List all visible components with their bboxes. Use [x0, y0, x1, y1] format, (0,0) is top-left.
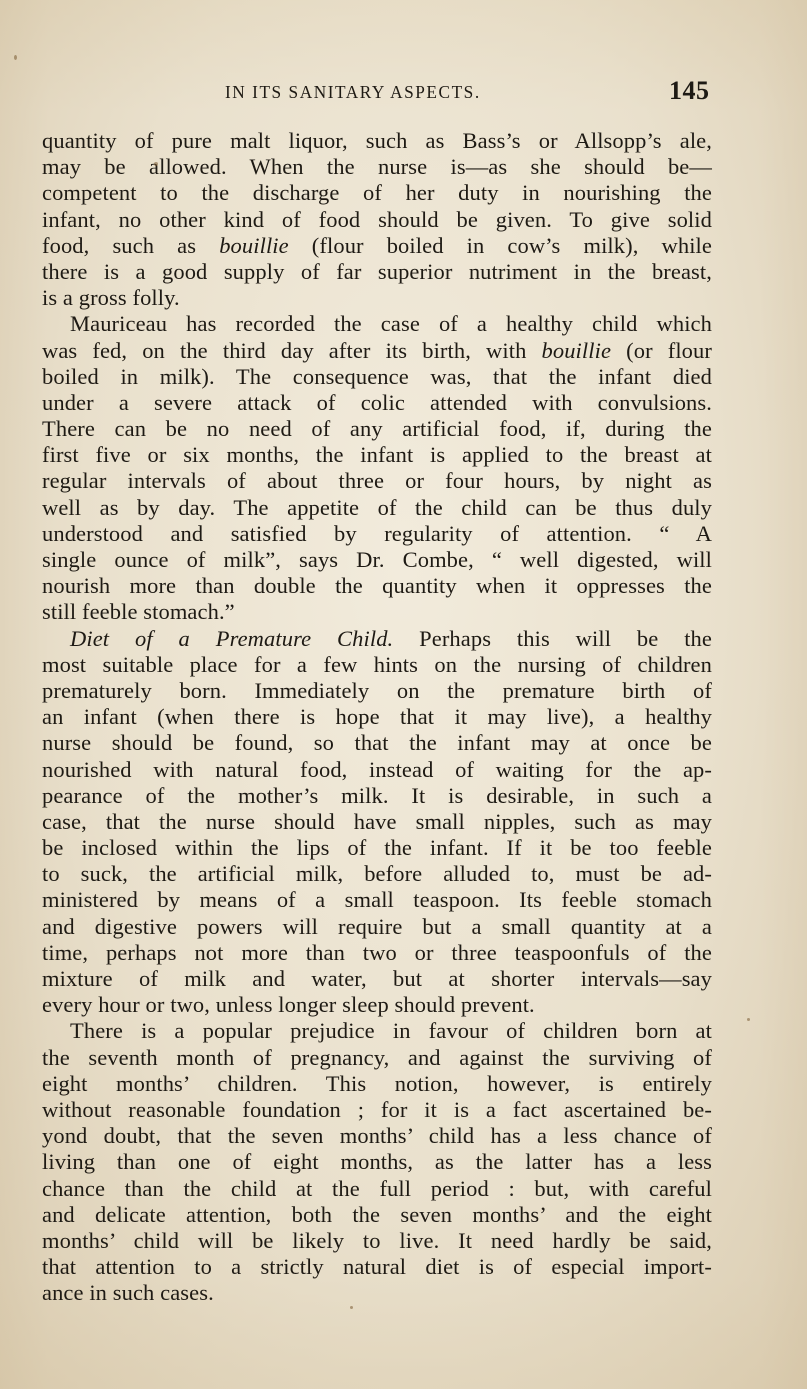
text-line: eight months’ children. This notion, how…: [42, 1071, 712, 1097]
line-text: Perhaps this will be the: [393, 626, 712, 651]
text-line: competent to the discharge of her duty i…: [42, 180, 712, 206]
line-text: may be allowed. When the nurse is—as she…: [42, 154, 712, 179]
text-line: nourished with natural food, instead of …: [42, 757, 712, 783]
text-line: food, such as bouillie (flour boiled in …: [42, 233, 712, 259]
line-text: every hour or two, unless longer sleep s…: [42, 992, 535, 1017]
text-line: and delicate attention, both the seven m…: [42, 1202, 712, 1228]
book-page: IN ITS SANITARY ASPECTS. 145 quantity of…: [0, 0, 807, 1389]
text-line: nurse should be found, so that the infan…: [42, 730, 712, 756]
text-line: There can be no need of any artificial f…: [42, 416, 712, 442]
text-line: is a gross folly.: [42, 285, 712, 311]
text-line: There is a popular prejudice in favour o…: [42, 1018, 712, 1044]
line-text: without reasonable foundation ; for it i…: [42, 1097, 712, 1122]
text-line: case, that the nurse should have small n…: [42, 809, 712, 835]
text-line: mixture of milk and water, but at shorte…: [42, 966, 712, 992]
line-text: ministered by means of a small teaspoon.…: [42, 887, 712, 912]
line-text: (or flour: [611, 338, 712, 363]
text-line: chance than the child at the full period…: [42, 1176, 712, 1202]
line-text: yond doubt, that the seven months’ child…: [42, 1123, 712, 1148]
line-text: was fed, on the third day after its birt…: [42, 338, 542, 363]
text-line: the seventh month of pregnancy, and agai…: [42, 1045, 712, 1071]
text-line: ance in such cases.: [42, 1280, 712, 1306]
text-line: ministered by means of a small teaspoon.…: [42, 887, 712, 913]
text-line: well as by day. The appetite of the chil…: [42, 495, 712, 521]
line-text: there is a good supply of far superior n…: [42, 259, 712, 284]
paper-speck: [747, 1018, 750, 1021]
text-line: there is a good supply of far superior n…: [42, 259, 712, 285]
text-line: to suck, the artificial milk, before all…: [42, 861, 712, 887]
line-text: the seventh month of pregnancy, and agai…: [42, 1045, 712, 1070]
text-line: that attention to a strictly natural die…: [42, 1254, 712, 1280]
text-line: every hour or two, unless longer sleep s…: [42, 992, 712, 1018]
line-text: (flour boiled in cow’s milk), while: [289, 233, 712, 258]
line-text: and digestive powers will require but a …: [42, 914, 712, 939]
line-text: well as by day. The appetite of the chil…: [42, 495, 712, 520]
text-line: without reasonable foundation ; for it i…: [42, 1097, 712, 1123]
line-text: infant, no other kind of food should be …: [42, 207, 712, 232]
text-line: be inclosed within the lips of the infan…: [42, 835, 712, 861]
line-text: food, such as: [42, 233, 219, 258]
text-line: time, perhaps not more than two or three…: [42, 940, 712, 966]
line-text: There can be no need of any artificial f…: [42, 416, 712, 441]
text-line: infant, no other kind of food should be …: [42, 207, 712, 233]
line-text: nourished with natural food, instead of …: [42, 757, 712, 782]
line-text: living than one of eight months, as the …: [42, 1149, 712, 1174]
text-line: pearance of the mother’s milk. It is des…: [42, 783, 712, 809]
italic-term: Diet of a Premature Child.: [70, 626, 393, 651]
line-text: case, that the nurse should have small n…: [42, 809, 712, 834]
line-text: ance in such cases.: [42, 1280, 214, 1305]
text-line: yond doubt, that the seven months’ child…: [42, 1123, 712, 1149]
text-line: living than one of eight months, as the …: [42, 1149, 712, 1175]
text-line: understood and satisfied by regularity o…: [42, 521, 712, 547]
line-text: single ounce of milk”, says Dr. Combe, “…: [42, 547, 712, 572]
italic-term: bouillie: [219, 233, 289, 258]
page-number: 145: [669, 76, 710, 106]
text-line: Diet of a Premature Child. Perhaps this …: [42, 626, 712, 652]
line-text: to suck, the artificial milk, before all…: [42, 861, 712, 886]
text-line: prematurely born. Immediately on the pre…: [42, 678, 712, 704]
line-text: chance than the child at the full period…: [42, 1176, 712, 1201]
running-head: IN ITS SANITARY ASPECTS. 145: [0, 76, 807, 106]
line-text: There is a popular prejudice in favour o…: [70, 1018, 712, 1043]
line-text: mixture of milk and water, but at shorte…: [42, 966, 712, 991]
line-text: understood and satisfied by regularity o…: [42, 521, 712, 546]
line-text: boiled in milk). The consequence was, th…: [42, 364, 712, 389]
line-text: most suitable place for a few hints on t…: [42, 652, 712, 677]
text-line: quantity of pure malt liquor, such as Ba…: [42, 128, 712, 154]
text-line: months’ child will be likely to live. It…: [42, 1228, 712, 1254]
line-text: be inclosed within the lips of the infan…: [42, 835, 712, 860]
text-line: regular intervals of about three or four…: [42, 468, 712, 494]
line-text: first five or six months, the infant is …: [42, 442, 712, 467]
line-text: months’ child will be likely to live. It…: [42, 1228, 712, 1253]
running-title: IN ITS SANITARY ASPECTS.: [225, 82, 481, 103]
text-line: and digestive powers will require but a …: [42, 914, 712, 940]
text-line: was fed, on the third day after its birt…: [42, 338, 712, 364]
line-text: and delicate attention, both the seven m…: [42, 1202, 712, 1227]
text-line: under a severe attack of colic attended …: [42, 390, 712, 416]
line-text: nurse should be found, so that the infan…: [42, 730, 712, 755]
text-line: boiled in milk). The consequence was, th…: [42, 364, 712, 390]
line-text: that attention to a strictly natural die…: [42, 1254, 712, 1279]
line-text: pearance of the mother’s milk. It is des…: [42, 783, 712, 808]
text-line: still feeble stomach.”: [42, 599, 712, 625]
line-text: competent to the discharge of her duty i…: [42, 180, 712, 205]
line-text: is a gross folly.: [42, 285, 180, 310]
paper-speck: [14, 55, 17, 60]
line-text: quantity of pure malt liquor, such as Ba…: [42, 128, 712, 153]
line-text: time, perhaps not more than two or three…: [42, 940, 712, 965]
italic-term: bouillie: [542, 338, 612, 363]
text-line: nourish more than double the quantity wh…: [42, 573, 712, 599]
text-line: first five or six months, the infant is …: [42, 442, 712, 468]
text-line: Mauriceau has recorded the case of a hea…: [42, 311, 712, 337]
paper-speck: [350, 1306, 353, 1309]
text-line: single ounce of milk”, says Dr. Combe, “…: [42, 547, 712, 573]
text-line: an infant (when there is hope that it ma…: [42, 704, 712, 730]
line-text: nourish more than double the quantity wh…: [42, 573, 712, 598]
line-text: prematurely born. Immediately on the pre…: [42, 678, 712, 703]
line-text: eight months’ children. This notion, how…: [42, 1071, 712, 1096]
line-text: under a severe attack of colic attended …: [42, 390, 712, 415]
text-line: may be allowed. When the nurse is—as she…: [42, 154, 712, 180]
text-line: most suitable place for a few hints on t…: [42, 652, 712, 678]
line-text: Mauriceau has recorded the case of a hea…: [70, 311, 712, 336]
body-text: quantity of pure malt liquor, such as Ba…: [42, 128, 712, 1306]
paper-speck: [154, 162, 158, 166]
line-text: still feeble stomach.”: [42, 599, 235, 624]
line-text: regular intervals of about three or four…: [42, 468, 712, 493]
line-text: an infant (when there is hope that it ma…: [42, 704, 712, 729]
